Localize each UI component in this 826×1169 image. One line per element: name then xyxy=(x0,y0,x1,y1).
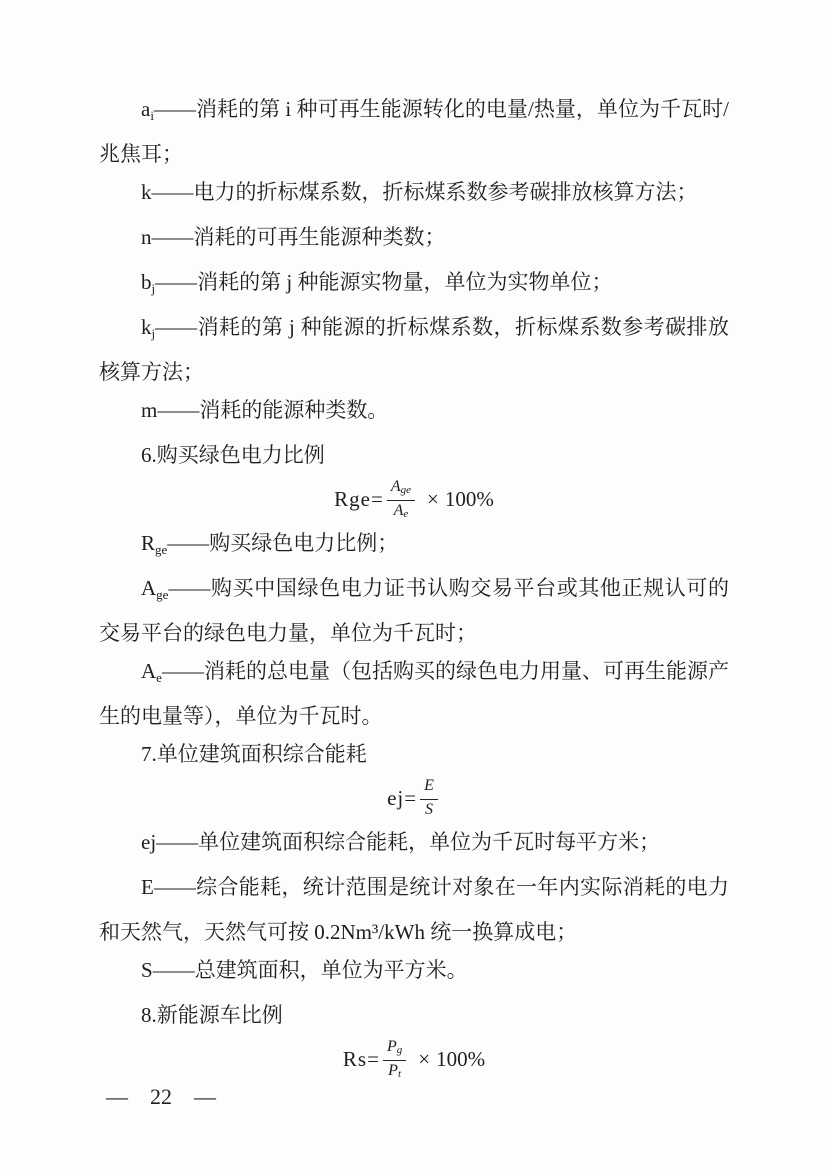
var-symbol: ej xyxy=(141,830,156,854)
numerator-var: A xyxy=(391,478,401,495)
var-symbol: k xyxy=(141,180,152,204)
numerator-subscript: g xyxy=(397,1044,403,1056)
definition-m: m——消耗的能源种类数。 xyxy=(99,391,729,436)
var-symbol: b xyxy=(141,270,152,294)
definition-text: ——消耗的第 j 种能源的折标煤系数，折标煤系数参考碳排放核算方法； xyxy=(99,315,729,384)
fraction: PgPt xyxy=(383,1037,406,1084)
formula-rge: Rge=AgeAe×100% xyxy=(99,474,729,524)
denominator-subscript: t xyxy=(398,1068,401,1080)
var-subscript: ge xyxy=(155,542,167,557)
document-page: ai——消耗的第 i 种可再生能源转化的电量/热量，单位为千瓦时/兆焦耳； k—… xyxy=(0,0,826,1169)
multiplication-sign: × xyxy=(418,1040,430,1078)
definition-a-e: Ae——消耗的总电量（包括购买的绿色电力用量、可再生能源产生的电量等），单位为千… xyxy=(99,652,729,735)
definition-r-ge: Rge——购买绿色电力比例； xyxy=(99,524,729,569)
fraction-numerator: E xyxy=(420,776,438,800)
section-heading-7: 7.单位建筑面积综合能耗 xyxy=(99,735,729,773)
definition-text: ——综合能耗，统计范围是统计对象在一年内实际消耗的电力和天然气，天然气可按 0.… xyxy=(99,875,729,944)
var-symbol: A xyxy=(141,576,156,600)
var-symbol: A xyxy=(141,659,156,683)
definition-n: n——消耗的可再生能源种类数； xyxy=(99,218,729,263)
definition-text: ——购买绿色电力比例； xyxy=(167,531,398,555)
definition-text: ——消耗的第 i 种可再生能源转化的电量/热量，单位为千瓦时/兆焦耳； xyxy=(99,97,729,166)
definition-text: ——单位建筑面积综合能耗，单位为千瓦时每平方米； xyxy=(156,830,660,854)
numerator-var: P xyxy=(387,1038,397,1055)
formula-rs: Rs=PgPt×100% xyxy=(99,1034,729,1084)
fraction-denominator: Pt xyxy=(384,1061,405,1084)
definition-b-j: bj——消耗的第 j 种能源实物量，单位为实物单位； xyxy=(99,263,729,308)
var-symbol: E xyxy=(141,875,154,899)
definition-text: ——消耗的第 j 种能源实物量，单位为实物单位； xyxy=(155,270,612,294)
var-symbol: a xyxy=(141,97,150,121)
var-symbol: n xyxy=(141,225,152,249)
denominator-subscript: e xyxy=(403,508,408,520)
definition-text: ——总建筑面积，单位为平方米。 xyxy=(153,958,468,982)
definition-s: S——总建筑面积，单位为平方米。 xyxy=(99,951,729,996)
fraction-denominator: S xyxy=(421,800,437,823)
section-heading-6: 6.购买绿色电力比例 xyxy=(99,436,729,474)
fraction-numerator: Pg xyxy=(383,1037,406,1061)
var-symbol: m xyxy=(141,398,157,422)
formula-lhs: ej= xyxy=(387,779,417,817)
fraction-denominator: Ae xyxy=(390,501,413,524)
definition-text: ——电力的折标煤系数，折标煤系数参考碳排放核算方法； xyxy=(152,180,698,204)
definition-text: ——消耗的总电量（包括购买的绿色电力用量、可再生能源产生的电量等），单位为千瓦时… xyxy=(99,659,729,728)
formula-lhs: Rs= xyxy=(343,1040,380,1078)
definition-text: ——消耗的可再生能源种类数； xyxy=(152,225,446,249)
definition-a-ge: Age——购买中国绿色电力证书认购交易平台或其他正规认可的交易平台的绿色电力量，… xyxy=(99,569,729,652)
var-symbol: R xyxy=(141,531,155,555)
definition-k: k——电力的折标煤系数，折标煤系数参考碳排放核算方法； xyxy=(99,173,729,218)
formula-lhs: Rge= xyxy=(334,480,384,518)
formula-ej: ej=ES xyxy=(99,773,729,823)
denominator-var: S xyxy=(425,801,433,818)
footer-dash-right: — xyxy=(194,1084,216,1110)
denominator-var: P xyxy=(388,1062,398,1079)
var-subscript: ge xyxy=(156,587,168,602)
definition-k-j: kj——消耗的第 j 种能源的折标煤系数，折标煤系数参考碳排放核算方法； xyxy=(99,308,729,391)
fraction-numerator: Age xyxy=(387,477,415,501)
fraction: ES xyxy=(420,776,438,823)
footer-dash-left: — xyxy=(106,1084,128,1110)
definition-a-i: ai——消耗的第 i 种可再生能源转化的电量/热量，单位为千瓦时/兆焦耳； xyxy=(99,90,729,173)
section-heading-8: 8.新能源车比例 xyxy=(99,996,729,1034)
definition-text: ——消耗的能源种类数。 xyxy=(157,398,388,422)
formula-rhs: 100% xyxy=(445,480,494,518)
formula-rhs: 100% xyxy=(436,1040,485,1078)
definition-text: ——购买中国绿色电力证书认购交易平台或其他正规认可的交易平台的绿色电力量，单位为… xyxy=(99,576,729,645)
var-symbol: S xyxy=(141,958,153,982)
denominator-var: A xyxy=(394,502,404,519)
var-symbol: k xyxy=(141,315,152,339)
fraction: AgeAe xyxy=(387,477,415,524)
multiplication-sign: × xyxy=(427,480,439,518)
page-number: 22 xyxy=(150,1084,172,1110)
definition-e: E——综合能耗，统计范围是统计对象在一年内实际消耗的电力和天然气，天然气可按 0… xyxy=(99,868,729,951)
page-footer: — 22 — xyxy=(106,1084,216,1110)
document-body: ai——消耗的第 i 种可再生能源转化的电量/热量，单位为千瓦时/兆焦耳； k—… xyxy=(99,90,729,1084)
numerator-var: E xyxy=(424,777,434,794)
numerator-subscript: ge xyxy=(401,484,411,496)
definition-ej: ej——单位建筑面积综合能耗，单位为千瓦时每平方米； xyxy=(99,823,729,868)
